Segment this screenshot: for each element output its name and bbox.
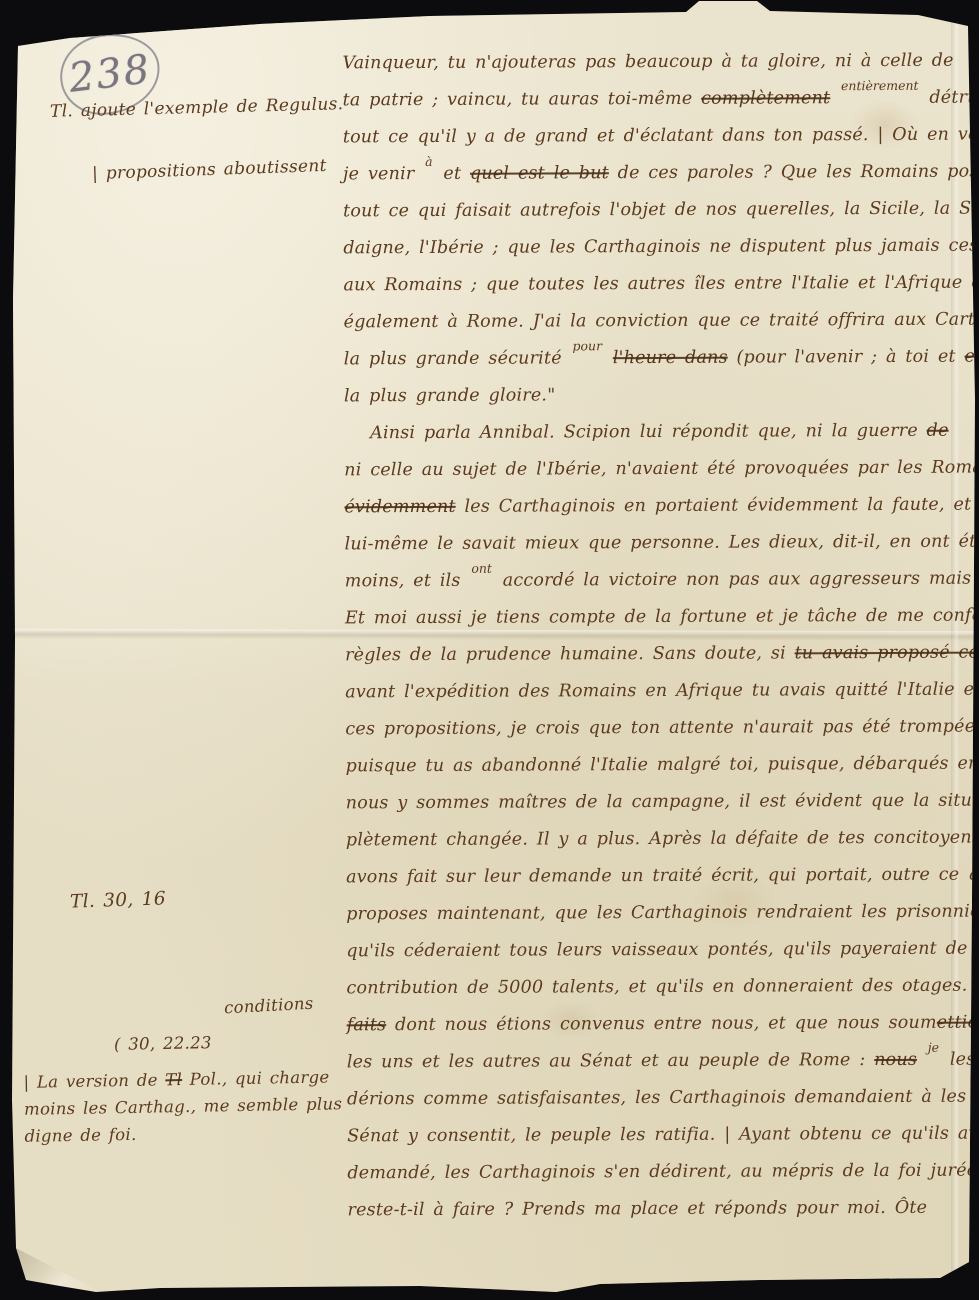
interlinear-insertion: au sujet de <box>959 413 979 423</box>
manuscript-line: plètement changée. Il y a plus. Après la… <box>346 820 962 860</box>
manuscript-line: Sénat y consentit, le peuple les ratifia… <box>347 1116 963 1156</box>
struck-word: tu avais proposé ces conditions <box>795 642 979 663</box>
manuscript-line: Ainsi parla Annibal. Scipion lui répondi… <box>344 413 960 453</box>
manuscript-line: également à Rome. J'ai la conviction que… <box>344 302 960 342</box>
struck-word: faits <box>347 1015 387 1035</box>
margin-note-reference-30-22-23: ( 30, 22.23 <box>114 1033 212 1054</box>
manuscript-line: reste-t-il à faire ? Prends ma place et … <box>347 1190 963 1230</box>
main-text-block: Vainqueur, tu n'ajouteras pas beaucoup à… <box>342 43 963 1230</box>
manuscript-line: évidemment les Carthaginois en portaient… <box>344 487 960 527</box>
interlinear-insertion: entièrement <box>841 81 919 91</box>
manuscript-line: je venir à et quel est le but de ces par… <box>343 154 959 194</box>
manuscript-line: Vainqueur, tu n'ajouteras pas beaucoup à… <box>342 43 958 83</box>
manuscript-line: ta patrie ; vaincu, tu auras toi-même co… <box>343 80 959 120</box>
interlinear-insertion: pour <box>572 341 602 351</box>
manuscript-line: contribution de 5000 talents, et qu'ils … <box>346 968 962 1008</box>
struck-word: Tl <box>165 1070 182 1089</box>
interlinear-insertion: ont <box>471 564 492 574</box>
bottom-left-corner-fold <box>12 1240 104 1296</box>
struck-word: de <box>927 421 949 441</box>
manuscript-line: ni celle au sujet de l'Ibérie, n'avaient… <box>344 450 960 490</box>
struck-word: complètement <box>701 88 830 109</box>
manuscript-line: lui-même le savait mieux que personne. L… <box>345 524 961 564</box>
margin-note-version-comment: | La version de Tl Pol., qui charge moin… <box>23 1063 346 1150</box>
manuscript-line: tout ce qui faisait autrefois l'objet de… <box>343 191 959 231</box>
manuscript-line: les uns et les autres au Sénat et au peu… <box>347 1042 963 1082</box>
manuscript-line: ces propositions, je crois que ton atten… <box>345 709 961 749</box>
manuscript-line: dérions comme satisfaisantes, les Cartha… <box>347 1079 963 1119</box>
manuscript-line: tout ce qu'il y a de grand et d'éclatant… <box>343 117 959 157</box>
struck-word: ettions <box>937 1012 979 1032</box>
manuscript-line: puisque tu as abandonné l'Italie malgré … <box>345 746 961 786</box>
margin-note-conditions: conditions <box>224 994 314 1018</box>
manuscript-line: proposes maintenant, que les Carthaginoi… <box>346 894 962 934</box>
struck-word: évidemment <box>344 497 455 517</box>
struck-word: l'heure dans <box>613 348 728 369</box>
struck-word: quel est le but <box>470 163 609 184</box>
manuscript-line: Et moi aussi je tiens compte de la fortu… <box>345 598 961 638</box>
manuscript-line: faits dont nous étions convenus entre no… <box>347 1005 963 1045</box>
manuscript-line: avons fait sur leur demande un traité éc… <box>346 857 962 897</box>
struck-word: nous <box>874 1050 917 1070</box>
manuscript-line: qu'ils céderaient tous leurs vaisseaux p… <box>346 931 962 971</box>
interlinear-insertion: à <box>425 157 432 167</box>
manuscript-line: règles de la prudence humaine. Sans dout… <box>345 635 961 675</box>
struck-word: eux <box>964 346 979 366</box>
margin-note-propositions: | propositions aboutissent <box>92 156 327 184</box>
manuscript-paper: 238 Tl. ajoute l'exemple de Regulus. | p… <box>0 0 979 1300</box>
manuscript-line: aux Romains ; que toutes les autres îles… <box>343 265 959 305</box>
manuscript-line: demandé, les Carthaginois s'en dédirent,… <box>347 1153 963 1193</box>
margin-note-reference-30-16: Tl. 30, 16 <box>70 888 167 912</box>
manuscript-line: moins, et ils ont accordé la victoire no… <box>345 561 961 601</box>
interlinear-insertion: je <box>928 1043 939 1053</box>
page-number-text: 238 <box>66 46 153 102</box>
manuscript-line: la plus grande sécurité pour l'heure dan… <box>344 339 960 379</box>
manuscript-photo: { "page": { "page_number": "238", "ink_c… <box>0 0 979 1300</box>
manuscript-line: la plus grande gloire." <box>344 376 960 416</box>
manuscript-line: avant l'expédition des Romains en Afriqu… <box>345 672 961 712</box>
manuscript-line: daigne, l'Ibérie ; que les Carthaginois … <box>343 228 959 268</box>
manuscript-line: nous y sommes maîtres de la campagne, il… <box>346 783 962 823</box>
